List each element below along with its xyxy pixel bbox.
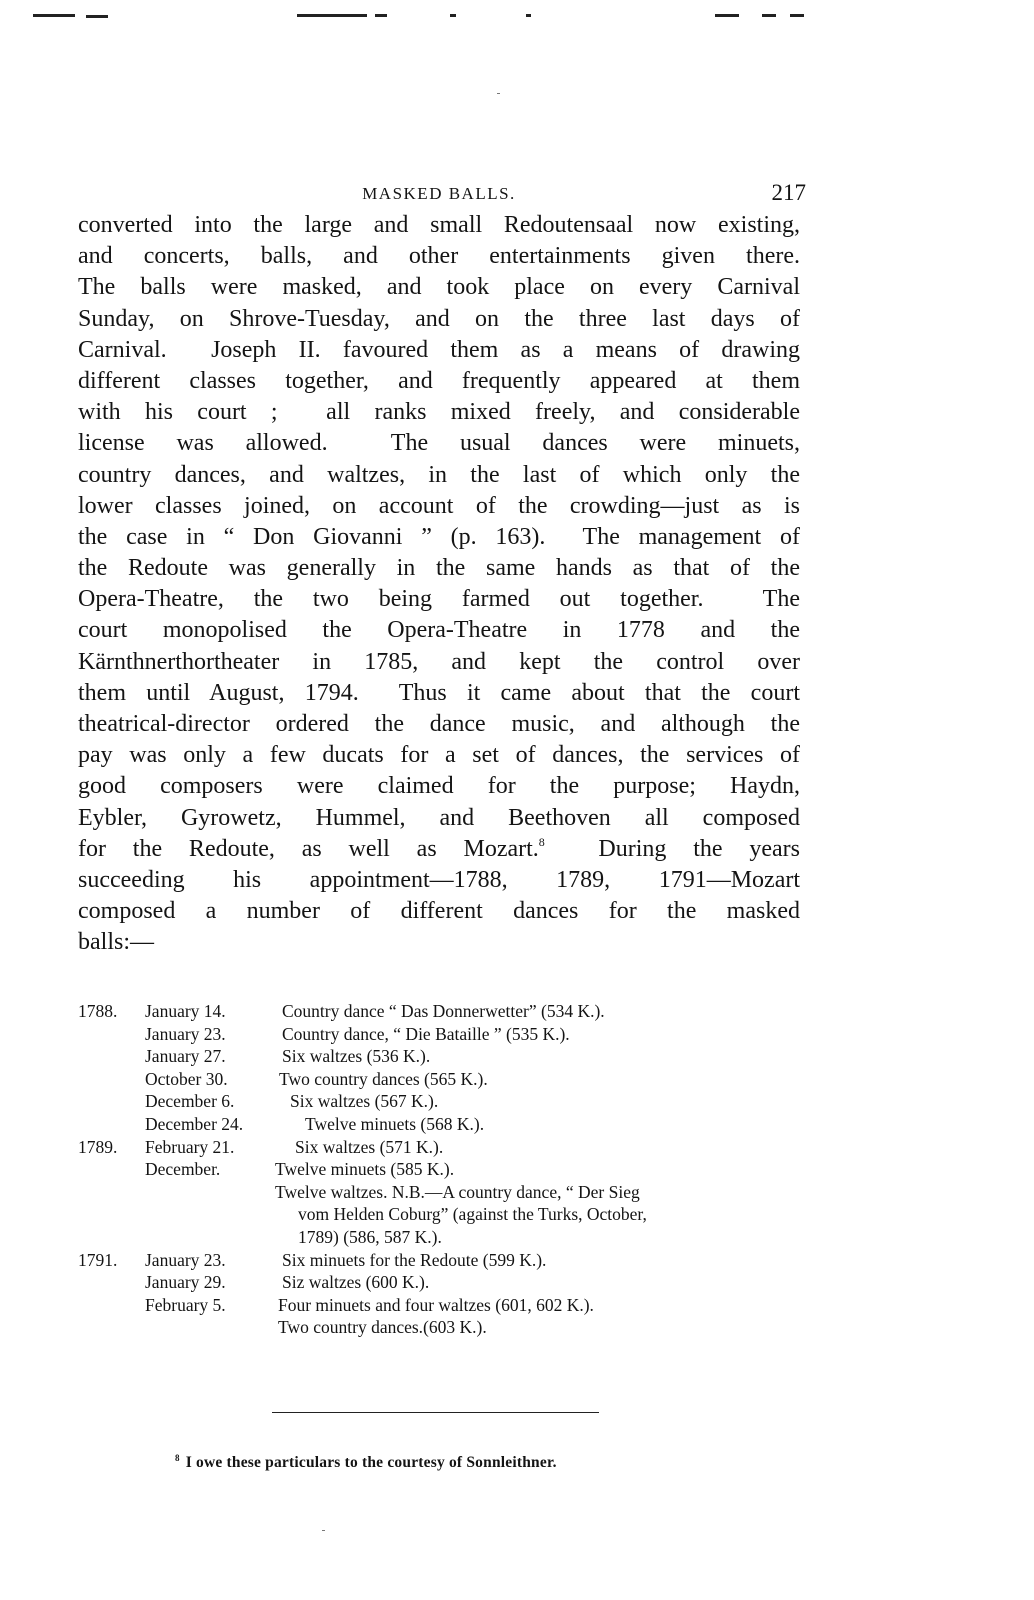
body-line: court monopolised the Opera-Theatre in 1… <box>78 615 800 646</box>
dance-year: 1791. <box>78 1249 117 1272</box>
dance-date: January 14. <box>145 1000 226 1023</box>
dance-description: Twelve minuets (585 K.). <box>275 1158 454 1181</box>
dance-list-row: October 30.Two country dances (565 K.). <box>78 1068 818 1091</box>
dance-list-row: 1789) (586, 587 K.). <box>78 1226 818 1249</box>
dance-date: October 30. <box>145 1068 228 1091</box>
body-line: pay was only a few ducats for a set of d… <box>78 740 800 771</box>
dance-description: Twelve minuets (568 K.). <box>305 1113 484 1136</box>
dance-date: February 21. <box>145 1136 234 1159</box>
running-head: MASKED BALLS. 217 <box>78 180 800 208</box>
dance-list-row: January 29.Siz waltzes (600 K.). <box>78 1271 818 1294</box>
body-line: succeeding his appointment—1788, 1789, 1… <box>78 865 800 896</box>
body-line: Kärnthnerthortheater in 1785, and kept t… <box>78 647 800 678</box>
dance-list-row: December 24.Twelve minuets (568 K.). <box>78 1113 818 1136</box>
dance-date: December. <box>145 1158 220 1181</box>
body-paragraph: converted into the large and small Redou… <box>78 210 800 959</box>
dance-chronology-list: 1788.January 14.Country dance “ Das Donn… <box>78 1000 818 1339</box>
dance-description: Two country dances (565 K.). <box>279 1068 488 1091</box>
scan-artifact-noise <box>30 14 860 20</box>
dance-date: December 6. <box>145 1090 234 1113</box>
dance-date: January 23. <box>145 1023 226 1046</box>
dance-list-row: February 5.Four minuets and four waltzes… <box>78 1294 818 1317</box>
dance-list-row: vom Helden Coburg” (against the Turks, O… <box>78 1203 818 1226</box>
dance-list-row: January 23.Country dance, “ Die Bataille… <box>78 1023 818 1046</box>
page-number: 217 <box>772 180 807 206</box>
body-line: different classes together, and frequent… <box>78 366 800 397</box>
body-line: lower classes joined, on account of the … <box>78 491 800 522</box>
scan-speck <box>322 1530 325 1531</box>
dance-list-row: January 27.Six waltzes (536 K.). <box>78 1045 818 1068</box>
body-line: composed a number of different dances fo… <box>78 896 800 927</box>
dance-description: Two country dances.(603 K.). <box>278 1316 487 1339</box>
body-line: Eybler, Gyrowetz, Hummel, and Beethoven … <box>78 803 800 834</box>
dance-list-row: December.Twelve minuets (585 K.). <box>78 1158 818 1181</box>
dance-description: Country dance, “ Die Bataille ” (535 K.)… <box>282 1023 570 1046</box>
body-line: with his court ; all ranks mixed freely,… <box>78 397 800 428</box>
body-line: Sunday, on Shrove-Tuesday, and on the th… <box>78 304 800 335</box>
footnote-marker: 8 <box>175 1453 180 1463</box>
footnote-text: I owe these particulars to the courtesy … <box>186 1454 557 1471</box>
dance-date: February 5. <box>145 1294 226 1317</box>
body-line: Opera-Theatre, the two being farmed out … <box>78 584 800 615</box>
dance-date: December 24. <box>145 1113 243 1136</box>
body-line: country dances, and waltzes, in the last… <box>78 460 800 491</box>
body-line: for the Redoute, as well as Mozart.8 Dur… <box>78 834 800 865</box>
dance-list-row: 1791.January 23.Six minuets for the Redo… <box>78 1249 818 1272</box>
body-line: the case in “ Don Giovanni ” (p. 163). T… <box>78 522 800 553</box>
dance-list-row: Two country dances.(603 K.). <box>78 1316 818 1339</box>
scan-speck <box>497 93 500 94</box>
dance-year: 1789. <box>78 1136 117 1159</box>
dance-description: Six waltzes (571 K.). <box>295 1136 443 1159</box>
body-line: theatrical-director ordered the dance mu… <box>78 709 800 740</box>
footnote-reference[interactable]: 8 <box>539 835 545 849</box>
dance-description: Four minuets and four waltzes (601, 602 … <box>278 1294 594 1317</box>
dance-date: January 27. <box>145 1045 226 1068</box>
body-line: balls:— <box>78 927 800 958</box>
dance-year: 1788. <box>78 1000 117 1023</box>
dance-description: 1789) (586, 587 K.). <box>298 1226 442 1249</box>
dance-date: January 23. <box>145 1249 226 1272</box>
body-line: the Redoute was generally in the same ha… <box>78 553 800 584</box>
body-line: license was allowed. The usual dances we… <box>78 428 800 459</box>
dance-description: Six waltzes (567 K.). <box>290 1090 438 1113</box>
dance-description: Siz waltzes (600 K.). <box>282 1271 429 1294</box>
dance-date: January 29. <box>145 1271 226 1294</box>
footnote-divider <box>272 1412 599 1413</box>
body-line: converted into the large and small Redou… <box>78 210 800 241</box>
body-line: Carnival. Joseph II. favoured them as a … <box>78 335 800 366</box>
dance-description: Country dance “ Das Donnerwetter” (534 K… <box>282 1000 605 1023</box>
dance-list-row: 1788.January 14.Country dance “ Das Donn… <box>78 1000 818 1023</box>
dance-list-row: December 6.Six waltzes (567 K.). <box>78 1090 818 1113</box>
body-line: them until August, 1794. Thus it came ab… <box>78 678 800 709</box>
dance-description: Twelve waltzes. N.B.—A country dance, “ … <box>275 1181 640 1204</box>
body-line: good composers were claimed for the purp… <box>78 771 800 802</box>
body-line: and concerts, balls, and other entertain… <box>78 241 800 272</box>
body-line: The balls were masked, and took place on… <box>78 272 800 303</box>
dance-list-row: Twelve waltzes. N.B.—A country dance, “ … <box>78 1181 818 1204</box>
footnote: 8I owe these particulars to the courtesy… <box>175 1454 557 1472</box>
dance-description: Six waltzes (536 K.). <box>282 1045 430 1068</box>
dance-description: Six minuets for the Redoute (599 K.). <box>282 1249 546 1272</box>
dance-list-row: 1789.February 21.Six waltzes (571 K.). <box>78 1136 818 1159</box>
dance-description: vom Helden Coburg” (against the Turks, O… <box>298 1203 647 1226</box>
running-title: MASKED BALLS. <box>78 184 800 204</box>
